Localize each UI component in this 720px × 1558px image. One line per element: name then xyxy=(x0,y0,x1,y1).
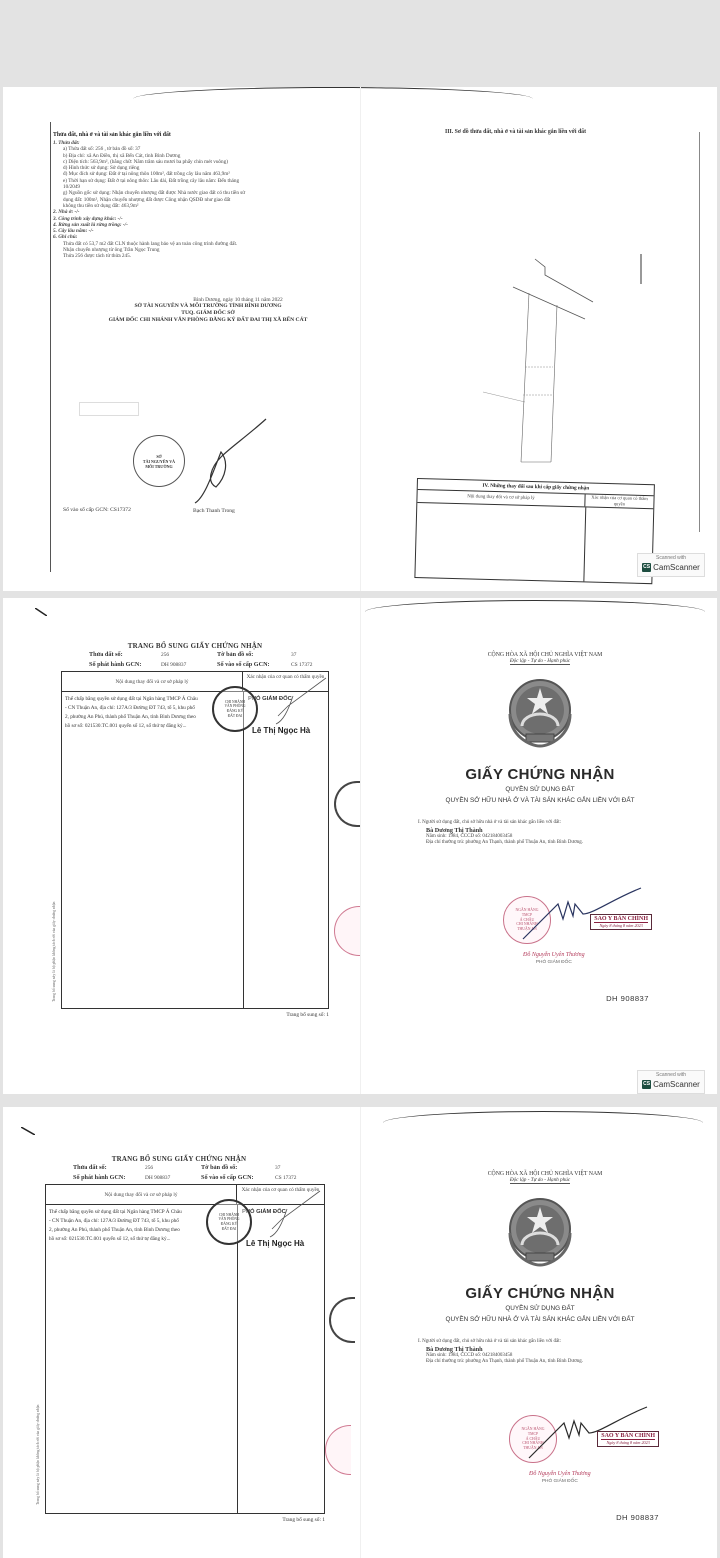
bank-seal-half xyxy=(334,906,360,956)
side-note: Trang bổ sung này là bộ phận không tách … xyxy=(52,902,56,1002)
certificate-serial: DH 908837 xyxy=(616,1513,659,1522)
camscanner-logo-icon: CS xyxy=(642,1080,651,1089)
supplement-title: TRANG BỔ SUNG GIẤY CHỨNG NHẬN xyxy=(45,1155,313,1163)
officer-name: Lê Thị Ngọc Hà xyxy=(252,726,310,735)
signer-name: Bạch Thanh Trong xyxy=(193,508,235,514)
map-label: Tờ bản đồ số: xyxy=(201,1163,275,1173)
issue-label: Số phát hành GCN: xyxy=(89,660,161,670)
certificate-serial: DH 908837 xyxy=(606,994,649,1003)
copy-stamp-title: SAO Y BẢN CHÍNH xyxy=(601,1433,655,1439)
changes-col-authority: Xác nhận của cơ quan có thẩm quyền xyxy=(585,494,653,508)
camscanner-watermark: Scanned with CSCamScanner xyxy=(637,553,705,577)
col-content-header: Nội dung thay đổi và cơ sở pháp lý xyxy=(62,672,243,691)
certificate-cover: CỘNG HÒA XÃ HỘI CHỦ NGHĨA VIỆT NAM Độc l… xyxy=(363,1171,717,1365)
map-value: 37 xyxy=(275,1163,313,1173)
scan-edge-curve xyxy=(383,1111,703,1123)
copy-certified-stamp: SAO Y BẢN CHÍNH Ngày 8 tháng 8 năm 2023 xyxy=(597,1431,659,1447)
signer-title: PHÓ GIÁM ĐỐC xyxy=(523,960,585,965)
certificate-subtitle-1: QUYỀN SỬ DỤNG ĐẤT xyxy=(363,1305,717,1312)
signer-title: PHÓ GIÁM ĐỐC xyxy=(529,1479,591,1484)
register-number: Số vào sổ cấp GCN: CS17372 xyxy=(63,507,131,513)
owner-address: Địa chỉ thường trú: phường An Thạnh, thà… xyxy=(426,1359,717,1365)
watermark-caption: Scanned with xyxy=(638,554,704,562)
faded-stamp xyxy=(79,402,139,416)
register-label: Số vào sổ cấp GCN: xyxy=(201,1173,275,1183)
cert-signer: Đỗ Nguyễn Uyên Thương PHÓ GIÁM ĐỐC xyxy=(523,952,585,965)
owner-label: I. Người sử dụng đất, chủ sở hữu nhà ở v… xyxy=(418,1339,717,1344)
supplement-page-number: Trang bổ sung số: 1 xyxy=(61,1012,329,1018)
register-value: CS 17372 xyxy=(291,660,329,670)
parcel-value: 256 xyxy=(145,1163,201,1173)
land-info-section: Thửa đất, nhà ở và tài sản khác gắn liền… xyxy=(53,132,343,260)
scan-page-3: TRANG BỔ SUNG GIẤY CHỨNG NHẬN Thửa đất s… xyxy=(3,1107,717,1558)
overlap-seal xyxy=(329,1297,355,1343)
supplement-table: Nội dung thay đổi và cơ sở pháp lý Xác n… xyxy=(45,1184,325,1514)
page-fold xyxy=(360,1107,361,1558)
certificate-subtitle-2: QUYỀN SỞ HỮU NHÀ Ở VÀ TÀI SẢN KHÁC GẮN L… xyxy=(363,1316,717,1323)
north-arrow-icon xyxy=(639,254,643,284)
camscanner-logo-icon: CS xyxy=(642,563,651,572)
owner-name: Bà Dương Thị Thành xyxy=(426,1346,717,1353)
certificate-title: GIẤY CHỨNG NHẬN xyxy=(363,1285,717,1302)
signature-icon xyxy=(191,417,271,507)
register-value: CS 17372 xyxy=(275,1173,313,1183)
scan-page-2: TRANG BỔ SUNG GIẤY CHỨNG NHẬN Thửa đất s… xyxy=(3,598,717,1094)
entry-line: hồ sơ số: 021530.TC.001 quyển số 12, số … xyxy=(49,1235,237,1244)
supplement-meta: Thửa đất số: 256 Tờ bản đồ số: 37 Số phá… xyxy=(89,650,329,670)
motto: Độc lập - Tự do - Hạnh phúc xyxy=(510,1177,570,1184)
watermark-brand: CamScanner xyxy=(653,562,700,573)
supplement-table: Nội dung thay đổi và cơ sở pháp lý Xác n… xyxy=(61,671,329,1009)
motto: Độc lập - Tự do - Hạnh phúc xyxy=(510,658,570,665)
supplement-page: TRANG BỔ SUNG GIẤY CHỨNG NHẬN Thửa đất s… xyxy=(61,642,329,1018)
bank-seal-half xyxy=(325,1425,351,1475)
parcel-value: 256 xyxy=(161,650,217,660)
org-line: TUQ. GIÁM ĐỐC SỞ xyxy=(63,310,353,317)
page-edge-line xyxy=(699,132,700,532)
margin-line xyxy=(50,122,51,572)
overlap-seal xyxy=(334,781,360,827)
certificate-subtitle-2: QUYỀN SỞ HỮU NHÀ Ở VÀ TÀI SẢN KHÁC GẮN L… xyxy=(363,797,717,804)
pen-mark-icon xyxy=(21,1127,35,1135)
copy-stamp-title: SAO Y BẢN CHÍNH xyxy=(594,916,648,922)
signature-icon xyxy=(242,1189,322,1239)
scan-page-1: Thửa đất, nhà ở và tài sản khác gắn liền… xyxy=(3,87,717,591)
map-section-title: III. Sơ đồ thửa đất, nhà ở và tài sản kh… xyxy=(445,129,586,135)
register-label: Số vào sổ cấp GCN: xyxy=(217,660,291,670)
signer-name: Đỗ Nguyễn Uyên Thương xyxy=(529,1471,591,1477)
official-seal: SỞTÀI NGUYÊN VÀMÔI TRƯỜNG xyxy=(133,435,185,487)
watermark-caption: Scanned with xyxy=(638,1071,704,1079)
national-emblem-icon xyxy=(500,1193,580,1273)
column-divider xyxy=(243,692,244,1008)
owner-section: I. Người sử dụng đất, chủ sở hữu nhà ở v… xyxy=(418,820,717,846)
parcel-label: Thửa đất số: xyxy=(89,650,161,660)
org-line: SỞ TÀI NGUYÊN VÀ MÔI TRƯỜNG TỈNH BÌNH DƯ… xyxy=(63,303,353,310)
copy-stamp-date: Ngày 8 tháng 8 năm 2023 xyxy=(601,1439,655,1445)
certificate-subtitle-1: QUYỀN SỬ DỤNG ĐẤT xyxy=(363,786,717,793)
watermark-brand: CamScanner xyxy=(653,1079,700,1090)
signature-block: Bình Dương, ngày 10 tháng 11 năm 2022 SỞ… xyxy=(63,297,353,324)
supplement-page-number: Trang bổ sung số: 1 xyxy=(45,1517,325,1523)
scan-edge-curve xyxy=(365,600,705,612)
signature-icon xyxy=(248,676,328,726)
column-divider xyxy=(237,1205,238,1513)
page-fold xyxy=(360,598,361,1094)
copy-stamp-date: Ngày 8 tháng 8 năm 2023 xyxy=(594,922,648,928)
certificate-title: GIẤY CHỨNG NHẬN xyxy=(363,766,717,783)
changes-table: IV. Những thay đổi sau khi cấp giấy chứn… xyxy=(414,478,655,584)
map-label: Tờ bản đồ số: xyxy=(217,650,291,660)
certificate-cover: CỘNG HÒA XÃ HỘI CHỦ NGHĨA VIỆT NAM Độc l… xyxy=(363,652,717,846)
supplement-page: TRANG BỔ SUNG GIẤY CHỨNG NHẬN Thửa đất s… xyxy=(45,1155,313,1523)
issue-label: Số phát hành GCN: xyxy=(73,1173,145,1183)
owner-name: Bà Dương Thị Thành xyxy=(426,827,717,834)
column-divider xyxy=(583,507,586,581)
parcel-label: Thửa đất số: xyxy=(73,1163,145,1173)
owner-label: I. Người sử dụng đất, chủ sở hữu nhà ở v… xyxy=(418,820,717,825)
scan-edge-curve xyxy=(133,87,533,99)
parcel-map-icon xyxy=(473,257,653,467)
org-line: GIÁM ĐỐC CHI NHÁNH VĂN PHÒNG ĐĂNG KÝ ĐẤT… xyxy=(63,317,353,324)
officer-name: Lê Thị Ngọc Hà xyxy=(246,1239,304,1248)
signer-name: Đỗ Nguyễn Uyên Thương xyxy=(523,952,585,958)
side-note: Trang bổ sung này là bộ phận không tách … xyxy=(36,1405,40,1505)
supplement-meta: Thửa đất số: 256 Tờ bản đồ số: 37 Số phá… xyxy=(73,1163,313,1183)
section-title: Thửa đất, nhà ở và tài sản khác gắn liền… xyxy=(53,132,343,138)
col-content-header: Nội dung thay đổi và cơ sở pháp lý xyxy=(46,1185,237,1204)
map-value: 37 xyxy=(291,650,329,660)
copy-certified-stamp: SAO Y BẢN CHÍNH Ngày 8 tháng 8 năm 2023 xyxy=(590,914,652,930)
pen-mark-icon xyxy=(35,608,47,616)
note-line: Thửa 256 được tách từ thửa 245. xyxy=(53,253,343,259)
owner-address: Địa chỉ thường trú: phường An Thạnh, thà… xyxy=(426,840,717,846)
page-fold xyxy=(360,87,361,591)
camscanner-watermark: Scanned with CSCamScanner xyxy=(637,1070,705,1094)
owner-section: I. Người sử dụng đất, chủ sở hữu nhà ở v… xyxy=(418,1339,717,1365)
supplement-title: TRANG BỔ SUNG GIẤY CHỨNG NHẬN xyxy=(61,642,329,650)
issue-value: DH 908837 xyxy=(161,660,217,670)
cert-signer: Đỗ Nguyễn Uyên Thương PHÓ GIÁM ĐỐC xyxy=(529,1471,591,1484)
issue-value: DH 908837 xyxy=(145,1173,201,1183)
national-emblem-icon xyxy=(500,674,580,754)
